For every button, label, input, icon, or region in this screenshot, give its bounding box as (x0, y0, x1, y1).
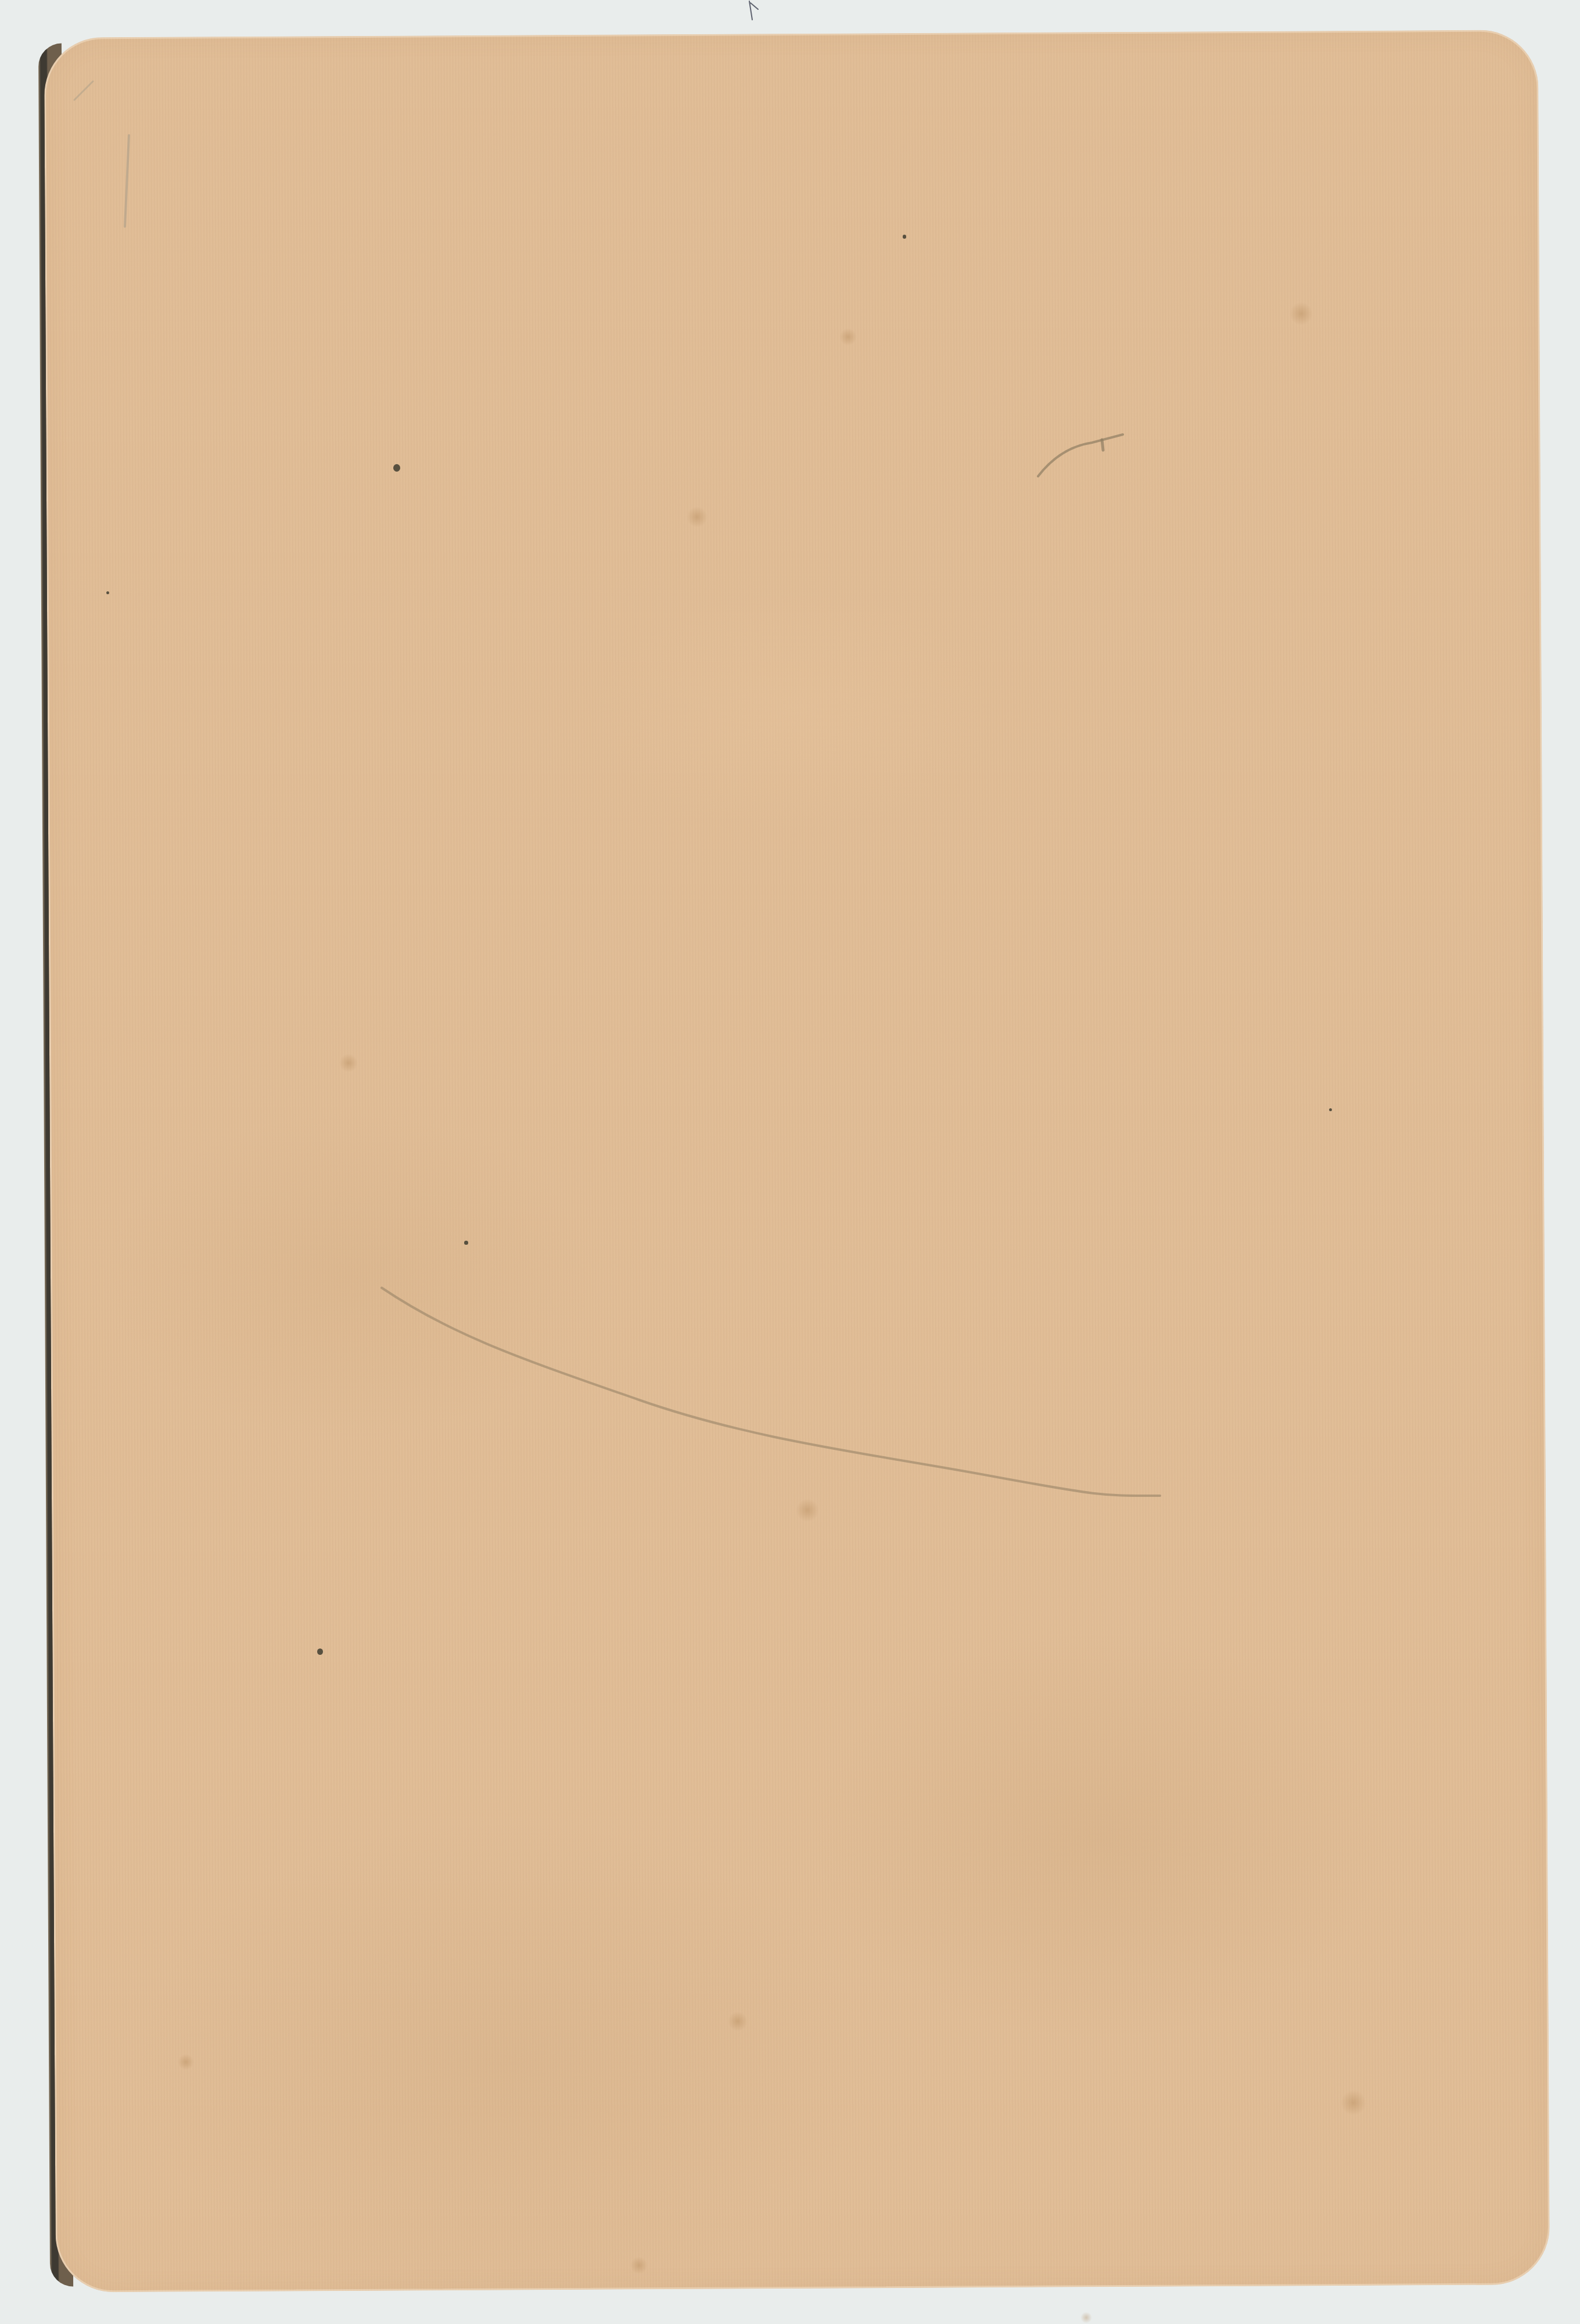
dark-spot (464, 1241, 468, 1245)
foxing-spot (839, 328, 857, 346)
foxing-spot (178, 2054, 194, 2070)
dark-spot (903, 235, 906, 239)
foxing-spot (1290, 302, 1313, 325)
dark-spot (1329, 1108, 1332, 1112)
foxing-spot (339, 1054, 358, 1072)
foxing-spot (687, 507, 708, 527)
card-back-face (44, 30, 1550, 2292)
dark-spot (106, 591, 109, 595)
foxing-spot (1341, 2090, 1366, 2115)
foxing-spot (1080, 2312, 1092, 2323)
cabinet-card (38, 30, 1550, 2292)
dark-spot (317, 1648, 323, 1655)
foxing-spot (630, 2257, 648, 2274)
foxing-spot (728, 2012, 748, 2031)
foxing-spot (796, 1499, 819, 1522)
